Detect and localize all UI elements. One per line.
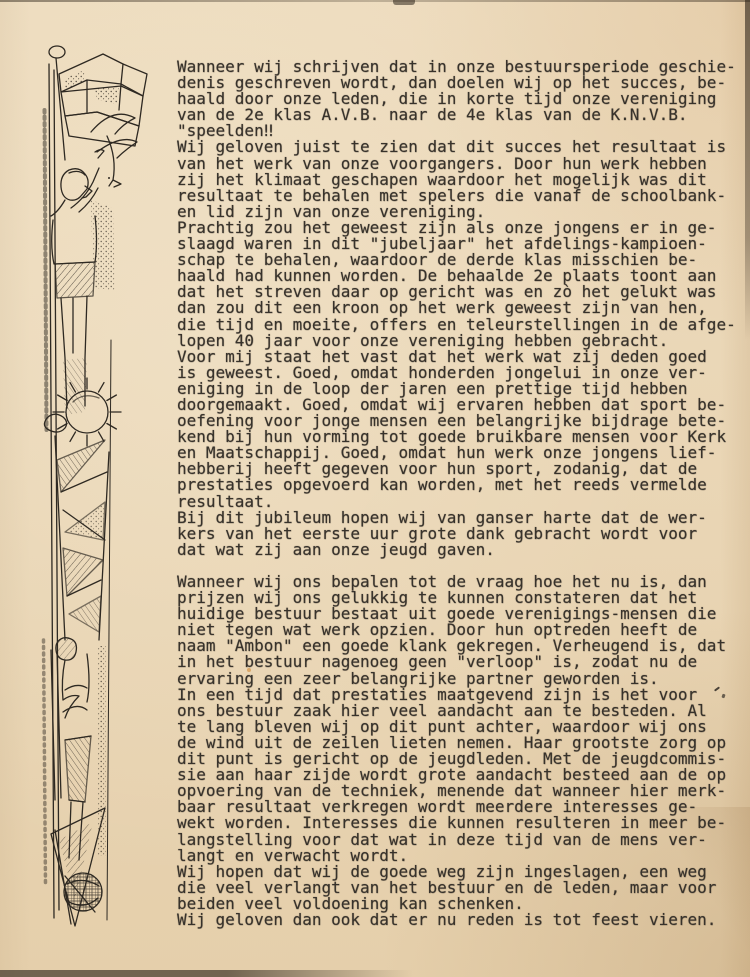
ink-smudge xyxy=(712,686,728,700)
scanned-page: Wanneer wij schrijven dat in onze bestuu… xyxy=(0,0,750,977)
scan-edge-bottom xyxy=(0,970,413,977)
scan-edge-notch xyxy=(393,0,415,5)
margin-illustration xyxy=(35,40,170,935)
typewritten-text: Wanneer wij schrijven dat in onze bestuu… xyxy=(177,59,750,928)
scan-edge-top xyxy=(0,0,750,2)
